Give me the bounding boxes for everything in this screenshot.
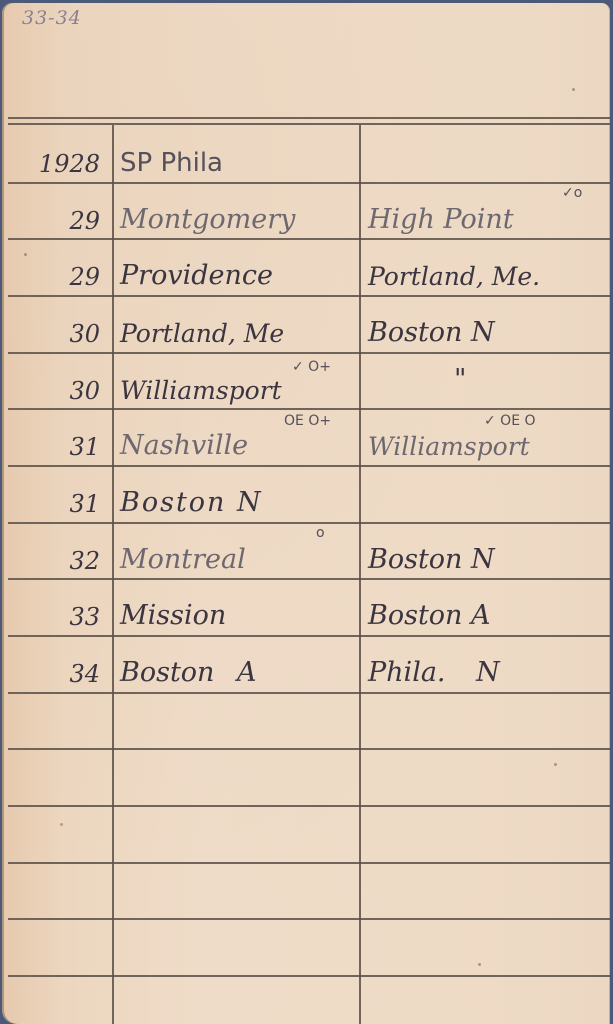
team2-cell: Phila. N [368, 657, 500, 688]
table-row-empty [2, 693, 610, 749]
team-cell: Mission [120, 600, 226, 631]
team-cell: SP Phila [120, 148, 223, 178]
table-row: 31 Boston N [2, 466, 610, 522]
team2-cell: Boston A [368, 600, 491, 631]
team-cell: Boston A [120, 657, 257, 688]
table-row-empty [2, 863, 610, 919]
year-cell: 34 [69, 660, 100, 688]
paper-speck [572, 88, 575, 91]
year-cell: 31 [69, 433, 100, 461]
team-cell: Montgomery [120, 204, 295, 235]
table-row: 32 o Montreal Boston N [2, 523, 610, 579]
year-cell: 30 [69, 377, 100, 405]
table-row: 34 Boston A Phila. N [2, 636, 610, 692]
note-annotation: OE O+ [284, 413, 331, 429]
team-cell: Williamsport [120, 376, 282, 405]
note-annotation: o [316, 525, 325, 541]
year-cell: 1928 [39, 150, 100, 178]
team2-cell: Williamsport [368, 432, 530, 461]
year-cell: 29 [69, 207, 100, 235]
team2-cell: Boston N [368, 317, 495, 348]
table-row-empty [2, 749, 610, 805]
table-row: 29 Providence Portland, Me. [2, 239, 610, 295]
team2-cell: Boston N [368, 544, 495, 575]
team-cell: Providence [120, 260, 273, 291]
table-row-empty [2, 976, 610, 1024]
year-cell: 29 [69, 263, 100, 291]
team2-cell: High Point [368, 204, 514, 235]
paper-speck [554, 763, 557, 766]
table-row: 33 Mission Boston A [2, 579, 610, 635]
year-cell: 30 [69, 320, 100, 348]
team-cell: Montreal [120, 544, 246, 575]
paper-speck [24, 253, 27, 256]
table-row: 1928 SP Phila [2, 126, 610, 182]
year-cell: 33 [69, 603, 100, 631]
header-rule-bottom [8, 123, 610, 125]
paper-speck [478, 963, 481, 966]
team-cell: Boston N [120, 487, 263, 518]
table-row: 31 OE O+ Nashville Williamsport ✓ OE O [2, 409, 610, 465]
team-cell: Portland, Me [120, 319, 284, 348]
paper-speck [60, 823, 63, 826]
team2-cell: Portland, Me. [368, 262, 540, 291]
year-cell: 32 [69, 547, 100, 575]
table-row-empty [2, 919, 610, 975]
year-cell: 31 [69, 490, 100, 518]
table-row: 30 Portland, Me Boston N [2, 296, 610, 352]
header-rule-top [8, 117, 610, 119]
record-card: 33-34 1928 SP Phila 29 Montgomery High P… [2, 3, 610, 1024]
checkmark-annotation: ✓o [562, 185, 582, 201]
table-row-empty [2, 806, 610, 862]
note-annotation: ✓ OE O [484, 413, 536, 429]
table-row: 30 Williamsport ✓ O+ " [2, 353, 610, 409]
team-cell: Nashville [120, 430, 248, 461]
table-row: 29 Montgomery High Point ✓o [2, 183, 610, 239]
note-annotation: ✓ O+ [292, 359, 331, 375]
corner-note: 33-34 [22, 7, 82, 29]
ditto-mark: " [454, 364, 466, 395]
